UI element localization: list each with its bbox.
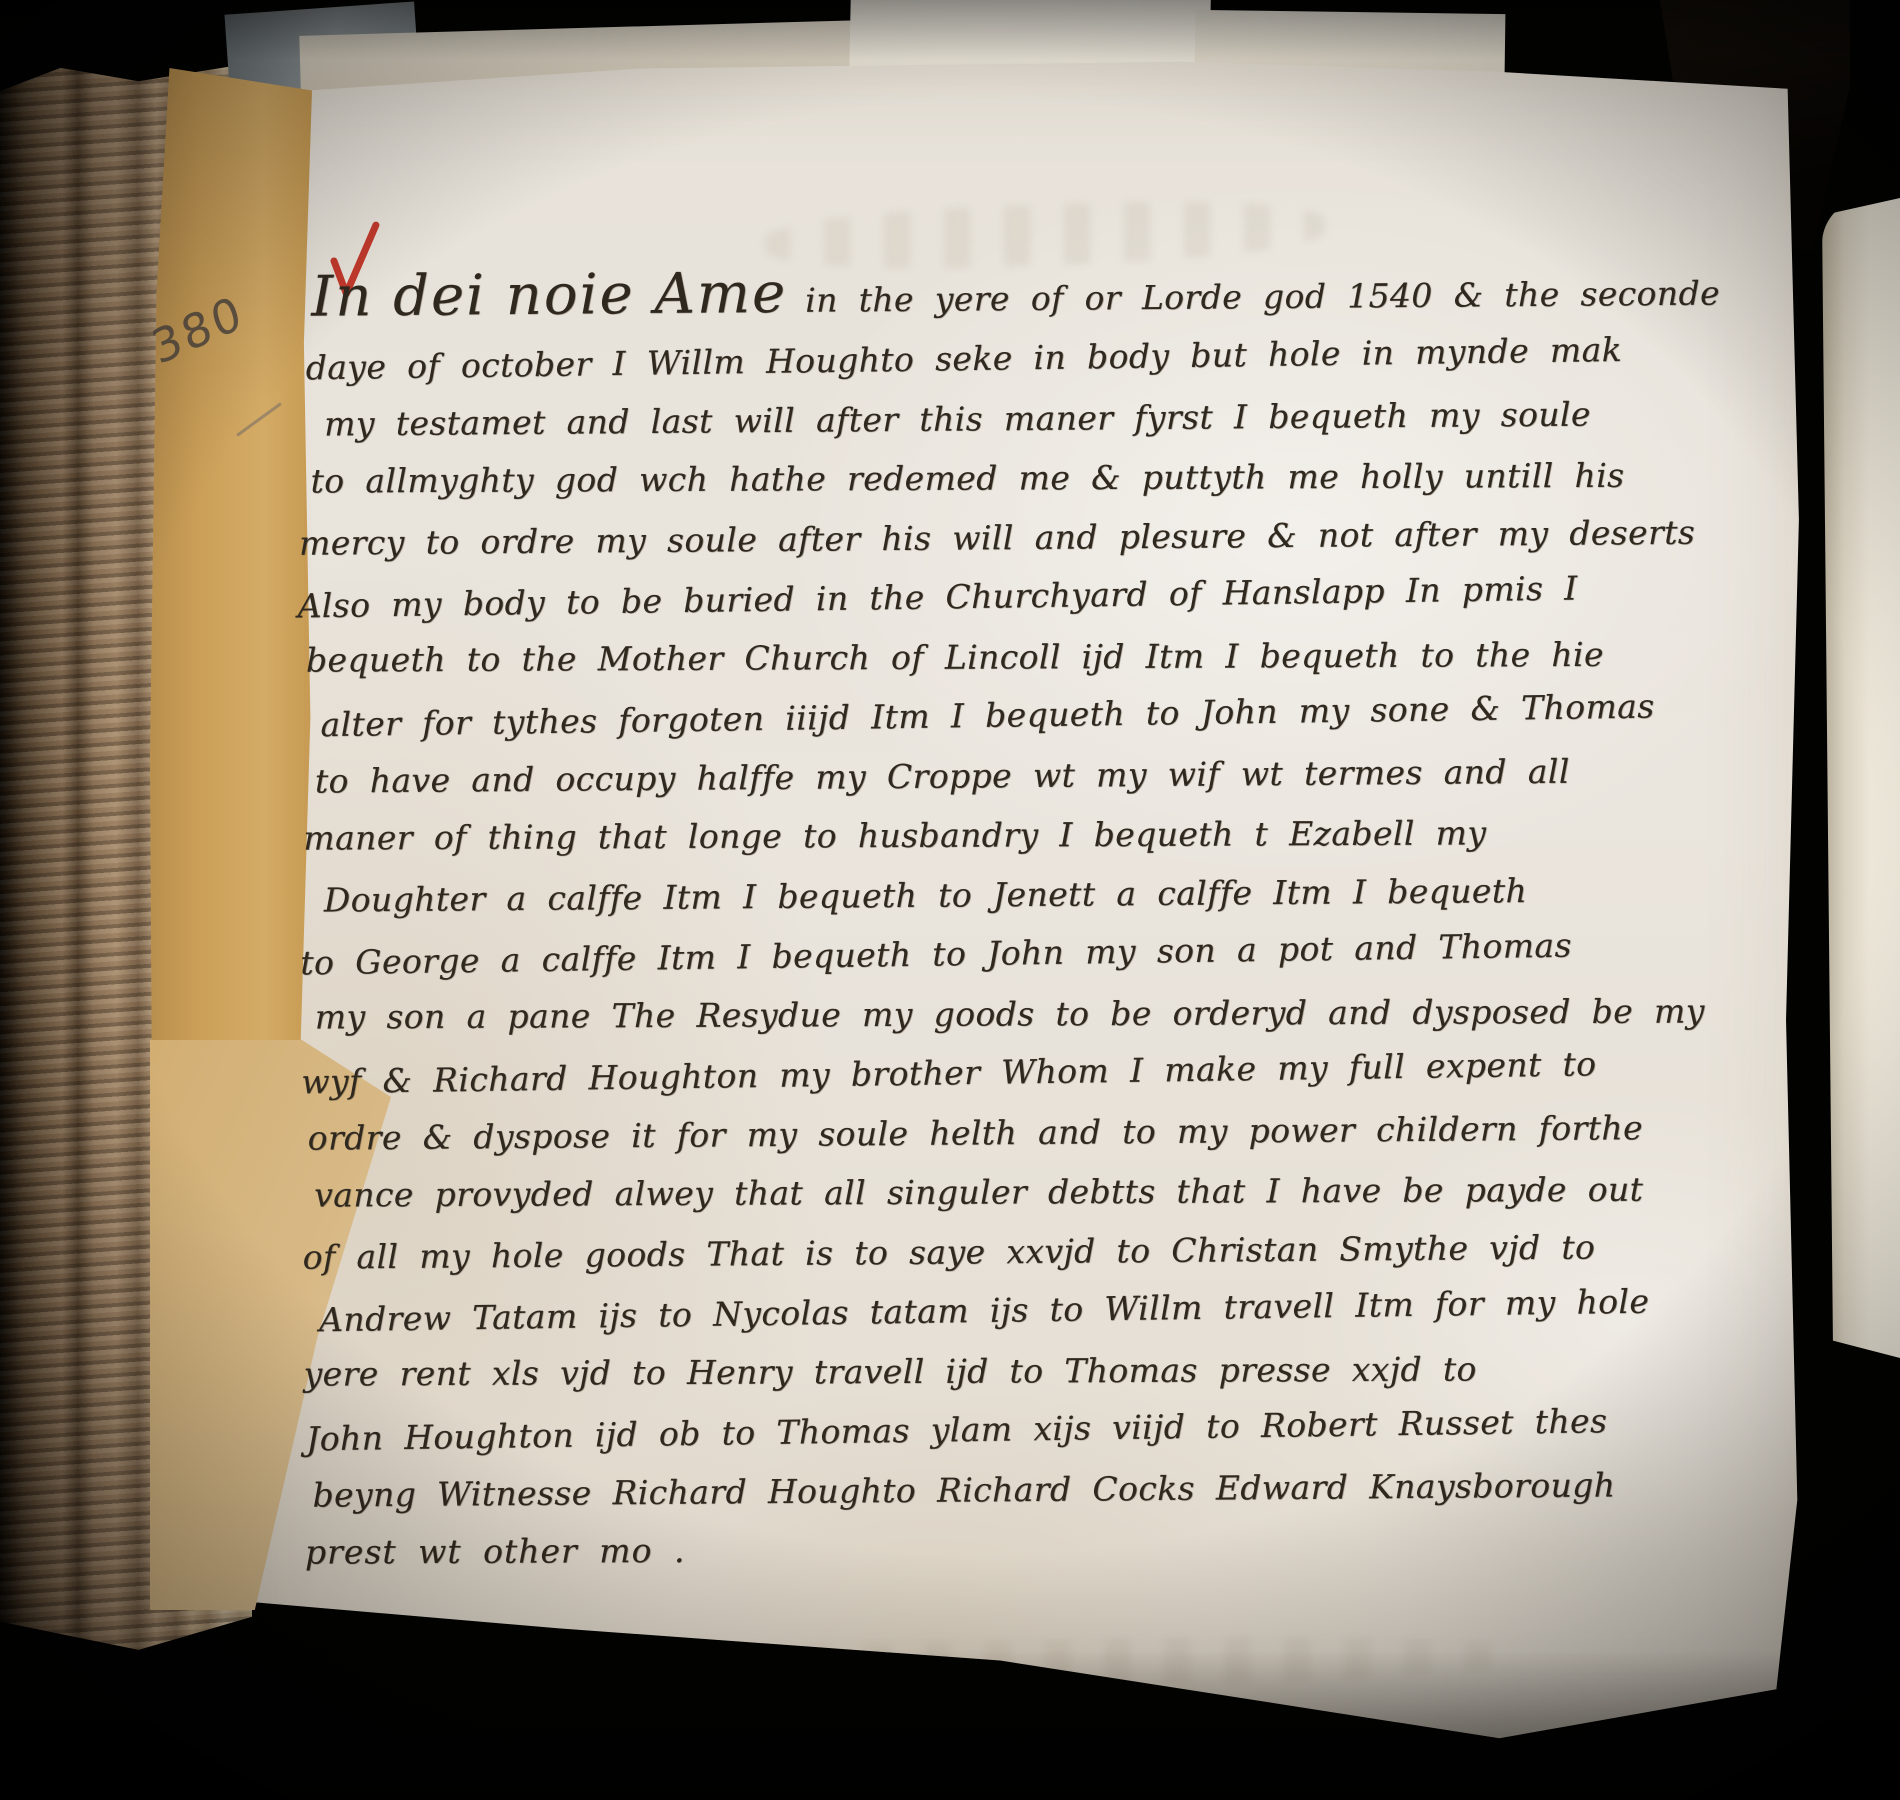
photo-of-manuscript: 380 In dei noie Amein the yere of or Lor… <box>0 0 1900 1800</box>
manuscript-text-block: In dei noie Amein the yere of or Lorde g… <box>293 251 1513 1584</box>
manuscript-line: prest wt other mo . <box>305 1517 1513 1582</box>
manuscript-first-line: In dei noie Amein the yere of or Lorde g… <box>311 251 1504 334</box>
facing-page-sliver <box>1822 198 1900 1358</box>
manuscript-line: to allmyghty god wch hathe redemed me & … <box>310 446 1504 511</box>
ink-showthrough-smudge <box>625 1632 1526 1694</box>
manuscript-line: bequeth to the Mother Church of Lincoll … <box>306 625 1506 690</box>
manuscript-line: yere rent xls vjd to Henry travell ijd t… <box>303 1339 1511 1404</box>
manuscript-line: my son a pane The Resydue my goods to be… <box>315 982 1509 1047</box>
first-line-rest: in the yere of or Lorde god 1540 & the s… <box>805 274 1720 320</box>
manuscript-line: maner of thing that longe to husbandry I… <box>303 803 1507 868</box>
manuscript-line: vance provyded alwey that all singuler d… <box>314 1160 1510 1225</box>
manuscript-lines: daye of october I Willm Houghto seke in … <box>293 325 1513 1584</box>
opening-invocation: In dei noie Ame <box>311 261 788 330</box>
